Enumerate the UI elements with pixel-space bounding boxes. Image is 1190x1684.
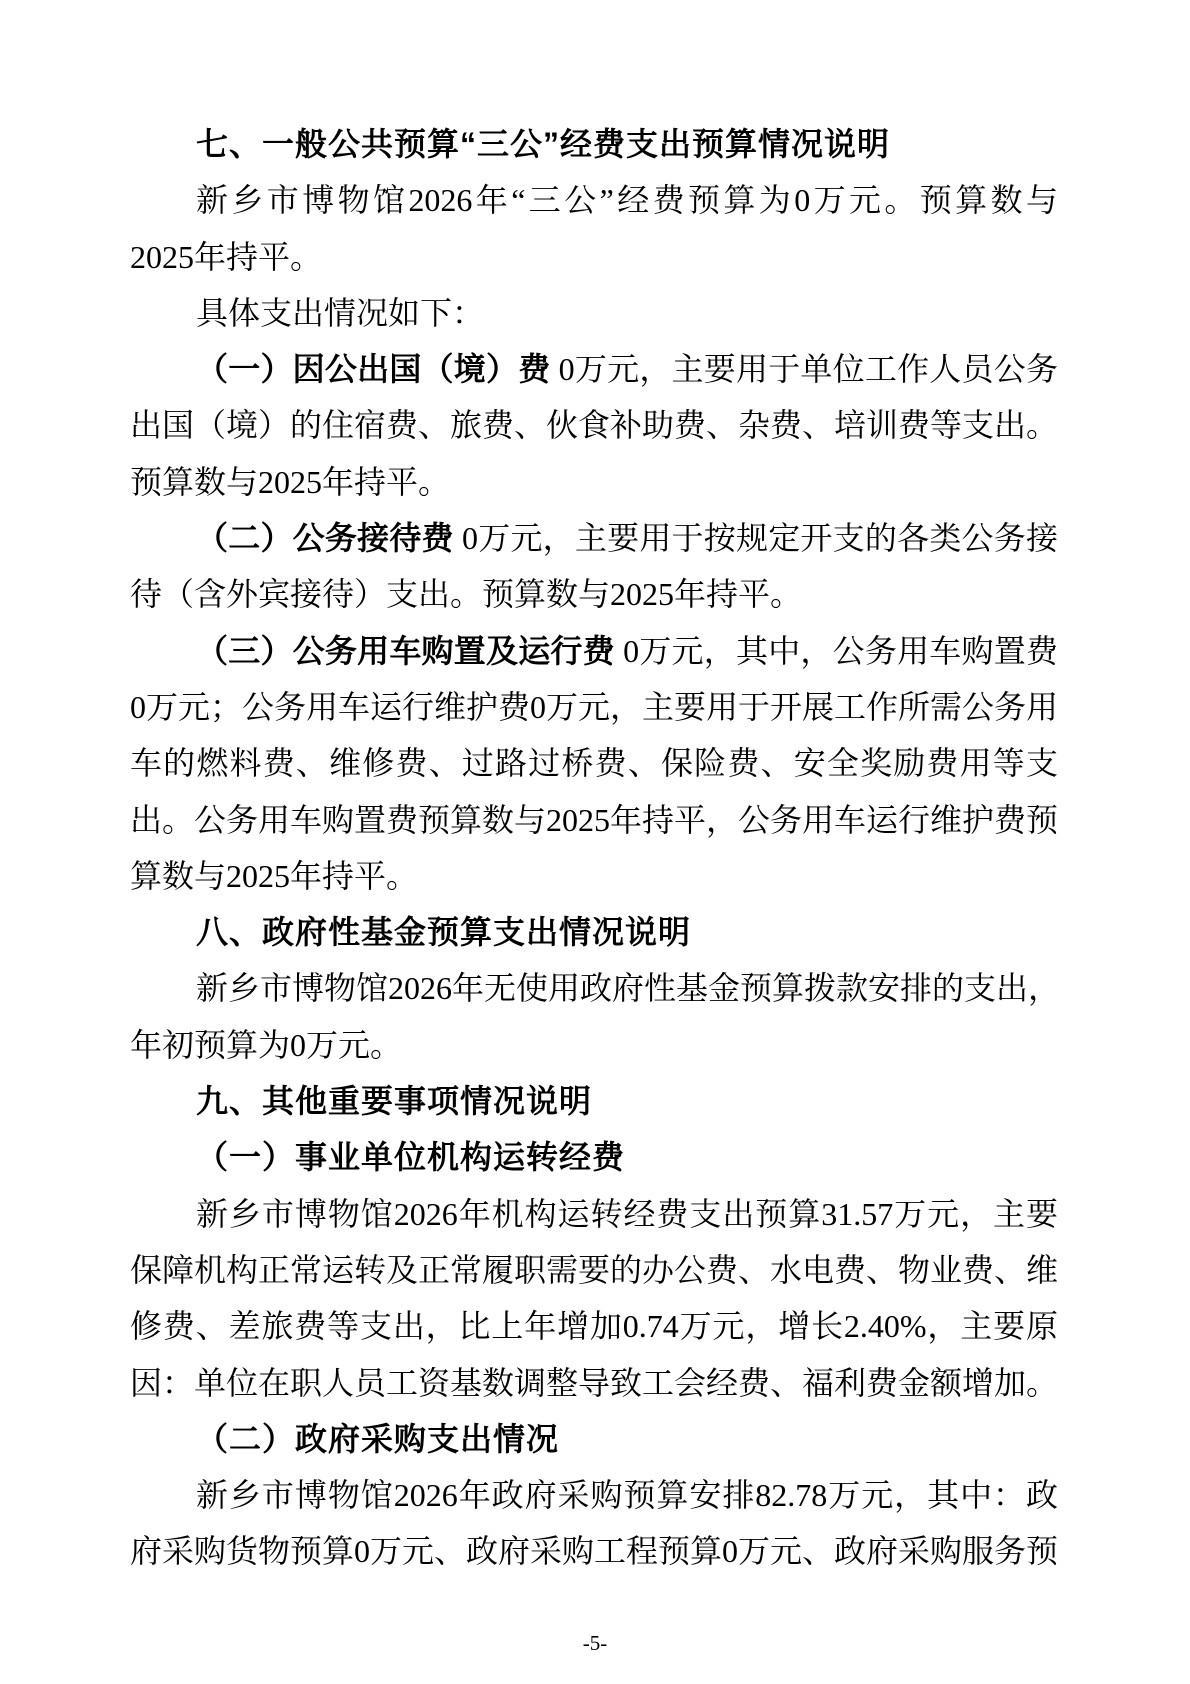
item-one-lead-bold: （一）因公出国（境）费 [196,351,550,387]
paragraph-line: 府采购货物预算0万元、政府采购工程预算0万元、政府采购服务预 [130,1523,1058,1579]
paragraph-line: 预算数与2025年持平。 [130,454,1058,510]
section-heading-nine: 九、其他重要事项情况说明 [130,1073,1058,1129]
page-number: -5- [0,1630,1190,1656]
paragraph-line: （三）公务用车购置及运行费 0万元，其中，公务用车购置费 [130,623,1058,679]
paragraph-line: 车的燃料费、维修费、过路过桥费、保险费、安全奖励费用等支 [130,735,1058,791]
paragraph-line: 出国（境）的住宿费、旅费、伙食补助费、杂费、培训费等支出。 [130,397,1058,453]
paragraph-line: 算数与2025年持平。 [130,848,1058,904]
document-page: 七、一般公共预算“三公”经费支出预算情况说明 新乡市博物馆2026年“三公”经费… [0,0,1190,1684]
paragraph-line: 2025年持平。 [130,229,1058,285]
paragraph-line: 新乡市博物馆2026年无使用政府性基金预算拨款安排的支出， [130,960,1058,1016]
paragraph-line: 具体支出情况如下： [130,285,1058,341]
paragraph-line: 保障机构正常运转及正常履职需要的办公费、水电费、物业费、维 [130,1242,1058,1298]
item-two-lead-bold: （二）公务接待费 [196,520,454,556]
paragraph-line: 待（含外宾接待）支出。预算数与2025年持平。 [130,566,1058,622]
sub-heading-one: （一）事业单位机构运转经费 [130,1129,1058,1185]
item-three-lead-bold: （三）公务用车购置及运行费 [196,633,615,669]
section-heading-seven: 七、一般公共预算“三公”经费支出预算情况说明 [130,116,1058,172]
paragraph-line: 新乡市博物馆2026年政府采购预算安排82.78万元，其中：政 [130,1467,1058,1523]
paragraph-line: 新乡市博物馆2026年“三公”经费预算为0万元。预算数与 [130,172,1058,228]
paragraph-line: 出。公务用车购置费预算数与2025年持平，公务用车运行维护费预 [130,792,1058,848]
document-body: 七、一般公共预算“三公”经费支出预算情况说明 新乡市博物馆2026年“三公”经费… [130,116,1058,1580]
paragraph-line: 修费、差旅费等支出，比上年增加0.74万元，增长2.40%，主要原 [130,1298,1058,1354]
item-two-lead-rest: 0万元，主要用于按规定开支的各类公务接 [454,520,1058,556]
paragraph-line: 0万元；公务用车运行维护费0万元，主要用于开展工作所需公务用 [130,679,1058,735]
paragraph-line: （一）因公出国（境）费 0万元，主要用于单位工作人员公务 [130,341,1058,397]
paragraph-line: 新乡市博物馆2026年机构运转经费支出预算31.57万元，主要 [130,1186,1058,1242]
paragraph-line: （二）公务接待费 0万元，主要用于按规定开支的各类公务接 [130,510,1058,566]
section-heading-eight: 八、政府性基金预算支出情况说明 [130,904,1058,960]
paragraph-line: 年初预算为0万元。 [130,1017,1058,1073]
item-three-lead-rest: 0万元，其中，公务用车购置费 [615,633,1058,669]
item-one-lead-rest: 0万元，主要用于单位工作人员公务 [550,351,1058,387]
paragraph-line: 因：单位在职人员工资基数调整导致工会经费、福利费金额增加。 [130,1355,1058,1411]
sub-heading-two: （二）政府采购支出情况 [130,1411,1058,1467]
